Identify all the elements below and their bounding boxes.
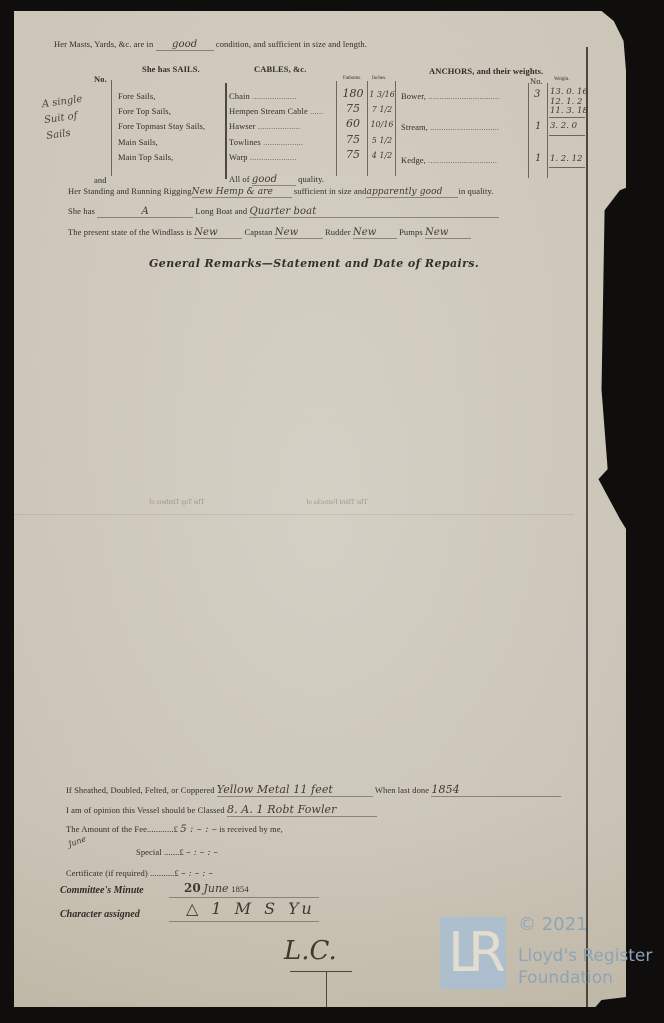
weight-divider — [549, 167, 585, 168]
sails-handwritten-note: A single Suit of Sails — [41, 89, 107, 145]
windlass-line: The present state of the Windlass is New… — [68, 227, 471, 239]
show-through-text: The Third Futtocks of — [306, 498, 368, 506]
cables-list: Chain .................... Hempen Stream… — [229, 89, 323, 165]
classed-value: 8. A. 1 Robt Fowler — [227, 803, 377, 817]
long-boat-value: A — [97, 206, 193, 218]
col-inches: Inches. — [372, 76, 386, 81]
stream-weight: 3. 2. 0 — [550, 121, 577, 131]
fee-value: 5 : – : – — [180, 824, 217, 835]
fathoms-right-line — [367, 81, 368, 176]
watermark-org-line1: Lloyd's Register — [518, 946, 652, 966]
committee-minute-value: 20 June 1854 — [184, 881, 249, 895]
special-line: Special .......£ – : – : – — [136, 847, 218, 858]
inches-value: 7 1/2 — [369, 102, 395, 117]
weight-divider — [549, 117, 585, 118]
kedge-no: 1 — [535, 153, 541, 164]
character-assigned-label: Character assigned — [60, 909, 140, 920]
anchor-row-kedge: Kedge, ............................... — [401, 155, 497, 165]
masts-line: Her Masts, Yards, &c. are in good condit… — [54, 39, 367, 51]
sail-item: Fore Topmast Stay Sails, — [118, 119, 205, 134]
classed-line: I am of opinion this Vessel should be Cl… — [66, 803, 377, 817]
anchors-heading: ANCHORS, and their weights. — [429, 66, 543, 76]
cable-row-label: Warp ..................... — [229, 150, 323, 165]
kedge-weight: 1. 2. 12 — [550, 154, 582, 164]
cables-all-of: All of good quality. — [229, 174, 324, 186]
general-remarks-heading: General Remarks—Statement and Date of Re… — [149, 257, 479, 270]
col-weight: Weight. — [554, 77, 570, 82]
fold-line — [14, 514, 574, 515]
anchor-row-stream: Stream, ............................... — [401, 122, 499, 132]
bower-no: 3 — [534, 89, 540, 100]
sails-no-label: No. — [94, 74, 107, 84]
fathoms-value: 60 — [340, 116, 366, 131]
rudder-value: New — [353, 227, 397, 239]
inches-value: 4 1/2 — [369, 148, 395, 163]
anchor-no-left-line — [528, 83, 529, 178]
anchor-row-bower: Bower, ................................ — [401, 91, 499, 101]
sails-heading: She has SAILS. — [142, 64, 200, 74]
rigging-line: Her Standing and Running RiggingNew Hemp… — [68, 186, 494, 198]
lr-logo-icon: LR — [440, 917, 506, 989]
fathoms-left-line — [336, 81, 337, 176]
capstan-value: New — [275, 227, 323, 239]
fathoms-value: 180 — [340, 86, 366, 101]
anchor-no-label: No. — [530, 76, 543, 86]
bower-weights: 13. 0. 16 12. 1. 2 11. 3. 18 — [550, 88, 588, 117]
sails-divider — [111, 80, 112, 176]
cable-row-label: Chain .................... — [229, 89, 323, 104]
sheathing-year: 1854 — [431, 783, 561, 797]
fathoms-value: 75 — [340, 147, 366, 162]
signature-tail — [326, 971, 327, 1007]
inches-right-line — [395, 81, 396, 176]
show-through-text: The Top Timbers of — [149, 498, 205, 506]
cables-heading: CABLES, &c. — [254, 64, 306, 74]
sheathing-line: If Sheathed, Doubled, Felted, or Coppere… — [66, 783, 561, 797]
sail-item: Main Sails, — [118, 135, 205, 150]
weight-divider — [549, 135, 585, 136]
fathoms-values: 180 75 60 75 75 — [340, 86, 366, 162]
certificate-line: Certificate (if required) ...........£ –… — [66, 868, 213, 879]
character-assigned-value: △ 1 M S Yu — [186, 899, 316, 918]
signature-flourish — [290, 971, 352, 972]
document-page: Her Masts, Yards, &c. are in good condit… — [14, 11, 626, 1007]
sail-item: Main Top Sails, — [118, 150, 205, 165]
cable-row-label: Hempen Stream Cable ...... — [229, 104, 323, 119]
fee-line: The Amount of the Fee............£ 5 : –… — [66, 824, 283, 835]
sail-item: Fore Top Sails, — [118, 104, 205, 119]
fathoms-value: 75 — [340, 132, 366, 147]
col-fathoms: Fathoms. — [343, 76, 361, 81]
sheathing-value: Yellow Metal 11 feet — [217, 783, 373, 797]
windlass-value: New — [194, 227, 242, 239]
masts-condition-value: good — [156, 39, 214, 51]
inches-value: 1 3/16 — [369, 87, 395, 102]
watermark-copyright: © 2021 — [518, 914, 588, 935]
inches-value: 10/16 — [369, 117, 395, 132]
committee-minute-line — [169, 897, 319, 898]
right-margin-rule — [586, 47, 588, 1007]
character-line — [169, 921, 319, 922]
cable-row-label: Towlines .................. — [229, 135, 323, 150]
signature: L.C. — [284, 936, 337, 966]
sails-and-label: and — [94, 175, 107, 185]
rigging-value: New Hemp & are — [192, 187, 292, 198]
committee-minute-label: Committee's Minute — [60, 885, 144, 896]
sails-list: Fore Sails, Fore Top Sails, Fore Topmast… — [118, 89, 205, 165]
cables-quality-value: good — [252, 174, 296, 186]
pumps-value: New — [425, 227, 471, 239]
stream-no: 1 — [535, 121, 541, 132]
rigging-quality-value: apparently good — [366, 187, 458, 198]
quarter-boat-value: Quarter boat — [249, 206, 499, 218]
cable-row-label: Hawser ................... — [229, 119, 323, 134]
sails-cables-divider — [225, 83, 227, 179]
watermark-org-line2: Foundation — [518, 968, 613, 988]
sail-item: Fore Sails, — [118, 89, 205, 104]
inches-values: 1 3/16 7 1/2 10/16 5 1/2 4 1/2 — [369, 87, 395, 163]
fee-margin-note: June — [67, 834, 87, 849]
anchor-no-right-line — [547, 83, 548, 178]
inches-value: 5 1/2 — [369, 133, 395, 148]
fathoms-value: 75 — [340, 101, 366, 116]
boats-line: She has A Long Boat and Quarter boat — [68, 206, 499, 218]
